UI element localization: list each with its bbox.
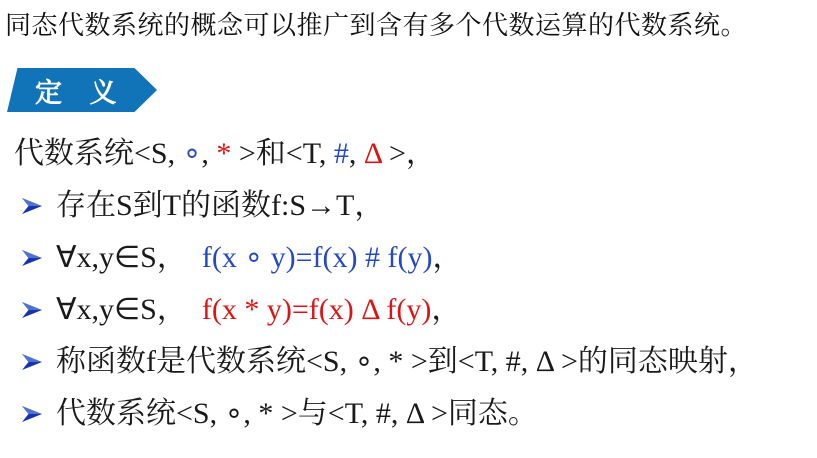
text-segment: , <box>349 137 364 170</box>
text-segment: >， <box>389 137 436 170</box>
definition-line: 代数系统<S, ∘, * >和<T, #, Δ >， <box>0 136 817 172</box>
text-segment: f(x * y)=f(x) Δ f(y) <box>202 293 431 326</box>
arrow-bullet-icon <box>20 344 56 380</box>
text-segment: * <box>216 137 239 170</box>
line-text: 存在S到T的函数f:S→T， <box>56 188 384 224</box>
intro-sentence: 同态代数系统的概念可以推广到含有多个代数运算的代数系统。 <box>5 8 817 42</box>
line-text: 代数系统<S, ∘, * >与<T, #, Δ >同态。 <box>56 396 538 432</box>
arrow-bullet-icon <box>20 396 56 432</box>
arrow-bullet-icon <box>20 188 56 224</box>
text-segment: 代数系统<S, ∘, * >与<T, #, Δ >同态。 <box>56 397 538 430</box>
text-segment: Δ <box>364 137 389 170</box>
definition-banner: 定 义 <box>7 68 157 112</box>
text-segment: 代数系统<S, <box>14 137 183 170</box>
text-segment: ∀x,y∈S， <box>56 293 202 326</box>
definition-line: 存在S到T的函数f:S→T， <box>0 188 817 224</box>
text-segment: ∘ <box>183 137 202 170</box>
definition-body: 代数系统<S, ∘, * >和<T, #, Δ >，存在S到T的函数f:S→T，… <box>0 136 817 432</box>
text-segment: >和<T, <box>239 137 334 170</box>
arrow-bullet-icon <box>20 292 56 328</box>
text-segment: f(x ∘ y)=f(x) # f(y) <box>202 241 433 274</box>
text-segment: 称函数f是代数系统<S, ∘, * >到<T, #, Δ >的同态映射， <box>56 345 758 378</box>
text-segment: ， <box>431 293 461 326</box>
text-segment: , <box>201 137 216 170</box>
text-segment: ∀x,y∈S， <box>56 241 202 274</box>
definition-line: ∀x,y∈S， f(x ∘ y)=f(x) # f(y)， <box>0 240 817 276</box>
definition-line: 代数系统<S, ∘, * >与<T, #, Δ >同态。 <box>0 396 817 432</box>
definition-line: 称函数f是代数系统<S, ∘, * >到<T, #, Δ >的同态映射， <box>0 344 817 380</box>
definition-line: ∀x,y∈S， f(x * y)=f(x) Δ f(y)， <box>0 292 817 328</box>
arrow-bullet-icon <box>20 240 56 276</box>
text-segment: # <box>334 137 349 170</box>
text-segment: 存在S到T的函数f:S→T， <box>56 189 384 222</box>
line-text: ∀x,y∈S， f(x ∘ y)=f(x) # f(y)， <box>56 240 462 276</box>
line-text: 代数系统<S, ∘, * >和<T, #, Δ >， <box>14 136 436 172</box>
text-segment: ， <box>432 241 462 274</box>
line-text: 称函数f是代数系统<S, ∘, * >到<T, #, Δ >的同态映射， <box>56 344 758 380</box>
definition-banner-label: 定 义 <box>7 71 127 110</box>
slide: 同态代数系统的概念可以推广到含有多个代数运算的代数系统。 定 义 代数系统<S,… <box>0 0 817 458</box>
line-text: ∀x,y∈S， f(x * y)=f(x) Δ f(y)， <box>56 292 461 328</box>
